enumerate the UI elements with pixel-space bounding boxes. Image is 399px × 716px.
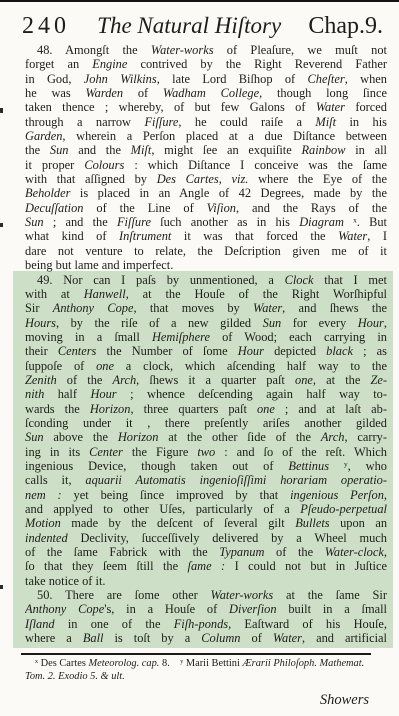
italic-text: Meteorolog. cap. <box>89 658 160 669</box>
roman-text: is toſt by a <box>103 631 201 645</box>
roman-text: , I <box>367 229 387 243</box>
italic-text: Decuſſation <box>25 201 84 215</box>
italic-text: Bettinus <box>288 459 329 473</box>
chapter-label: Chap.9. <box>308 13 383 40</box>
italic-text: Water-works <box>151 43 214 57</box>
roman-text: through a narrow <box>25 115 144 129</box>
italic-text: Hour <box>358 316 384 330</box>
text-line: of the ſame Fabrick with the Typanum of … <box>25 545 387 559</box>
italic-text: Beholder <box>25 186 70 200</box>
italic-text: Arch <box>113 373 137 387</box>
roman-text: that I met <box>314 273 387 287</box>
roman-text: , <box>384 488 387 502</box>
italic-text: Viſion <box>207 201 236 215</box>
italic-text: Water <box>253 301 282 315</box>
roman-text: where a <box>25 631 83 645</box>
roman-text: at the ſame Sir <box>273 588 387 602</box>
roman-text: in his <box>336 115 387 129</box>
italic-text: Garden <box>25 129 62 143</box>
roman-text: of the Line of <box>84 201 207 215</box>
italic-text: Sun <box>263 316 282 330</box>
text-line: ſconding under it , there preſently ariſ… <box>25 416 387 430</box>
text-line: wards the Horizon, three quarters paſt o… <box>25 402 387 416</box>
italic-text: Typanum <box>219 545 264 559</box>
footnotes: ˣ Des Cartes Meteorolog. cap. 8. ʸ Marii… <box>25 658 387 683</box>
text-line: ingenious Device, though taken out of Be… <box>25 459 387 473</box>
body-text: 48. Amongſt the Water-works of Pleaſure,… <box>25 43 387 648</box>
roman-text: he was <box>25 86 85 100</box>
roman-text: depicted <box>264 344 326 358</box>
footnote-line: ˣ Des Cartes Meteorolog. cap. 8. ʸ Marii… <box>25 658 387 670</box>
roman-text: is placed in an Angle of 42 Degrees, mad… <box>70 186 387 200</box>
italic-text: Center <box>89 445 123 459</box>
roman-text: calls it, <box>25 473 85 487</box>
italic-text: aquarii Automatis ingenioſiſſimi horaria… <box>85 473 387 487</box>
text-line: with at Hanwell, at the Houſe of the Rig… <box>25 287 387 301</box>
italic-text: Iſland <box>25 617 55 631</box>
text-line: Sun ; and the Fiſſure ſuch another as in… <box>25 215 387 229</box>
italic-text: Sun <box>25 215 44 229</box>
italic-text: Engine <box>92 57 127 71</box>
catchword: Showers <box>0 692 369 709</box>
roman-text: taken thence ; whereby, of but few Galon… <box>25 100 316 114</box>
roman-text: , though long ſince <box>259 86 387 100</box>
italic-text: Pſeudo-perpetual <box>300 502 387 516</box>
scan-top-edge-line <box>0 0 399 2</box>
text-line: Iſland in one of the Fiſh-ponds, Eaſtwar… <box>25 617 387 631</box>
text-line: Decuſſation of the Line of Viſion, and t… <box>25 201 387 215</box>
italic-text: Fiſh-ponds <box>174 617 228 631</box>
roman-text: in one of the <box>55 617 174 631</box>
roman-text: where the Eye of the <box>248 172 387 186</box>
italic-text: Ze- <box>370 373 387 387</box>
page-header: 240 The Natural Hiſtory Chap.9. <box>0 0 399 40</box>
roman-text: forced <box>345 100 387 114</box>
roman-text: ingenious Device, though taken out of <box>25 459 288 473</box>
italic-text: Ærarii Philoſoph. Mathemat. <box>242 658 364 669</box>
roman-text: ; whence deſcending again half way to- <box>117 387 387 401</box>
roman-text: , at the Houſe of the Right Worſhipful <box>126 287 387 301</box>
scan-artifact <box>0 585 3 589</box>
italic-text: Wadham College <box>163 86 259 100</box>
italic-text: Hemiſphere <box>152 330 210 344</box>
roman-text: ſuppoſe of <box>25 359 96 373</box>
italic-text: Water <box>316 100 345 114</box>
roman-text: and applyed to other Uſes, particularly … <box>25 502 300 516</box>
text-line: the Sun and the Miſt, might ſee an exqui… <box>25 143 387 157</box>
paragraph-49: 49. Nor can I paſs by unmentioned, a Clo… <box>13 271 393 589</box>
footnote-rule <box>21 653 371 655</box>
roman-text: , and artificial <box>302 631 387 645</box>
italic-text: Water-clock <box>325 545 384 559</box>
italic-text: ingenious Perſon <box>290 488 384 502</box>
running-title: The Natural Hiſtory <box>70 13 308 39</box>
roman-text: dare not venture to relate, the Deſcript… <box>25 244 387 258</box>
text-line: ſuppoſe of one a clock, which aſcending … <box>25 359 387 373</box>
roman-text: : and ſo of the reſt. Which <box>215 445 387 459</box>
italic-text: Clock <box>285 273 314 287</box>
book-page: 240 The Natural Hiſtory Chap.9. 48. Amon… <box>0 0 399 716</box>
roman-text: ; and the <box>44 215 117 229</box>
roman-text: , might ſee an exquiſite <box>151 143 301 157</box>
text-line: he was Warden of Wadham College, though … <box>25 86 387 100</box>
roman-text: , late Lord Biſhop of <box>157 72 308 86</box>
text-line: dare not venture to relate, the Deſcript… <box>25 244 387 258</box>
roman-text: of <box>123 86 163 100</box>
text-line: nem : yet being ſince improved by that i… <box>25 488 387 502</box>
roman-text: it was that forced the <box>171 229 338 243</box>
text-line: and applyed to other Uſes, particularly … <box>25 502 387 516</box>
text-line: Sun above the Horizon at the other ſide … <box>25 430 387 444</box>
roman-text: , when <box>345 72 387 86</box>
italic-text: Cheſter <box>308 72 345 86</box>
italic-text: Zenith <box>25 373 57 387</box>
roman-text: for every <box>281 316 358 330</box>
scan-artifact <box>0 108 3 113</box>
text-line: forget an Engine contrived by the Right … <box>25 57 387 71</box>
italic-text: viz. <box>232 172 249 186</box>
italic-text: Horizon <box>118 430 159 444</box>
roman-text: , <box>219 172 232 186</box>
italic-text: Miſt <box>131 143 152 157</box>
text-line: with that aſſigned by Des Cartes, viz. w… <box>25 172 387 186</box>
italic-text: one <box>96 359 114 373</box>
italic-text: Anthony Cope <box>25 602 104 616</box>
roman-text: of <box>240 631 272 645</box>
roman-text: 50. There are ſome other <box>37 588 211 602</box>
text-line: calls it, aquarii Automatis ingenioſiſſi… <box>25 473 387 487</box>
italic-text: one <box>257 402 275 416</box>
roman-text: 49. Nor can I paſs by unmentioned, a <box>37 273 285 287</box>
roman-text: , <box>384 316 387 330</box>
roman-text: it proper <box>25 158 84 172</box>
text-line: 49. Nor can I paſs by unmentioned, a Clo… <box>25 273 387 287</box>
roman-text: : which Diſtance I conceive was the ſame <box>124 158 387 172</box>
roman-text: forget an <box>25 57 92 71</box>
roman-text: of Wood; each carrying in <box>210 330 387 344</box>
roman-text: Declivity, ſucceſſively delivered by a W… <box>68 531 387 545</box>
roman-text: contrived by the Right Reverend Father <box>127 57 387 71</box>
roman-text: at the other ſide of the <box>158 430 320 444</box>
roman-text: upon an <box>330 516 387 530</box>
roman-text: above the <box>44 430 118 444</box>
text-line: Sir Anthony Cope, that moves by Water, a… <box>25 301 387 315</box>
roman-text: , at the <box>313 373 371 387</box>
italic-text: Diverſion <box>229 602 277 616</box>
roman-text: I could not but in Juſtice <box>225 559 387 573</box>
italic-text: Ball <box>83 631 104 645</box>
italic-text: Fiſſure <box>144 115 178 129</box>
roman-text: ; as <box>353 344 387 358</box>
roman-text: of the <box>57 373 113 387</box>
roman-text: of Pleaſure, we muſt not <box>214 43 387 57</box>
italic-text: Water <box>338 229 367 243</box>
roman-text: made by the deſcent of ſeveral gilt <box>61 516 295 530</box>
roman-text: of the <box>264 545 324 559</box>
roman-text: , <box>384 545 387 559</box>
roman-text: , and ſhews the <box>282 301 387 315</box>
italic-text: Hours <box>25 316 56 330</box>
italic-text: Inſtrument <box>119 229 171 243</box>
italic-text: Centers <box>58 344 97 358</box>
text-line: Anthony Cope's, in a Houſe of Diverſion … <box>25 602 387 616</box>
italic-text: two <box>197 445 215 459</box>
roman-text: ſo that they ſeem ſtill the <box>25 559 188 573</box>
roman-text: , wherein a Perſon placed at a due Diſta… <box>62 129 387 143</box>
italic-text: Column <box>201 631 240 645</box>
italic-text: Hour <box>90 387 116 401</box>
italic-text: indented <box>25 531 68 545</box>
roman-text: with that aſſigned by <box>25 172 157 186</box>
italic-text: Rainbow <box>301 143 345 157</box>
scan-artifact <box>0 223 3 227</box>
text-line: where a Ball is toſt by a Column of Wate… <box>25 631 387 645</box>
italic-text: Warden <box>85 86 123 100</box>
italic-text: Des Cartes <box>157 172 219 186</box>
roman-text: ˣ. But <box>344 215 387 229</box>
roman-text: ſconding under it , there preſently ariſ… <box>25 416 387 430</box>
roman-text: 48. Amongſt the <box>37 43 151 57</box>
roman-text: the Figure <box>123 445 197 459</box>
roman-text: half <box>44 387 90 401</box>
text-line: ing in its Center the Figure two : and ſ… <box>25 445 387 459</box>
roman-text: moving in a ſmall <box>25 330 152 344</box>
roman-text: ing in its <box>25 445 89 459</box>
italic-text: Sun <box>25 430 44 444</box>
roman-text: , carry- <box>344 430 387 444</box>
italic-text: nith <box>25 387 44 401</box>
roman-text: and the <box>68 143 130 157</box>
text-line: Beholder is placed in an Angle of 42 Deg… <box>25 186 387 200</box>
text-line: taken thence ; whereby, of but few Galon… <box>25 100 387 114</box>
roman-text: take notice of it. <box>25 574 106 588</box>
roman-text: a clock, which aſcending half way to the <box>114 359 387 373</box>
italic-text: Water <box>273 631 302 645</box>
italic-text: nem : <box>25 488 62 502</box>
roman-text: the <box>25 143 50 157</box>
text-line: ſo that they ſeem ſtill the ſame : I cou… <box>25 559 387 573</box>
italic-text: Diagram <box>299 215 344 229</box>
roman-text: in all <box>346 143 387 157</box>
text-line: through a narrow Fiſſure, he could raiſe… <box>25 115 387 129</box>
page-number: 240 <box>22 13 70 40</box>
italic-text: Water-works <box>211 588 274 602</box>
roman-text: ſuch another as in his <box>151 215 299 229</box>
italic-text: Tom. 2. Exodio 5. & ult. <box>25 671 125 682</box>
roman-text: what kind of <box>25 229 119 243</box>
text-line: Zenith of the Arch, ſhews it a quarter p… <box>25 373 387 387</box>
roman-text: Sir <box>25 301 53 315</box>
roman-text: in God, <box>25 72 84 86</box>
italic-text: one <box>295 373 313 387</box>
roman-text: ˣ Des Cartes <box>35 658 89 669</box>
roman-text: wards the <box>25 402 90 416</box>
roman-text: , that moves by <box>133 301 253 315</box>
italic-text: ſame : <box>188 559 226 573</box>
italic-text: Motion <box>25 516 61 530</box>
paragraph-50: 50. There are ſome other Water-works at … <box>13 588 393 648</box>
italic-text: black <box>326 344 353 358</box>
roman-text: , he could raiſe a <box>178 115 315 129</box>
text-line: it proper Colours : which Diſtance I con… <box>25 158 387 172</box>
paragraph-48: 48. Amongſt the Water-works of Pleaſure,… <box>25 43 387 273</box>
italic-text: John Wilkins <box>84 72 157 86</box>
text-line: what kind of Inſtrument it was that forc… <box>25 229 387 243</box>
roman-text: their <box>25 344 58 358</box>
text-line: nith half Hour ; whence deſcending again… <box>25 387 387 401</box>
italic-text: Hour <box>238 344 264 358</box>
text-line: moving in a ſmall Hemiſphere of Wood; ea… <box>25 330 387 344</box>
roman-text: being but lame and imperfect. <box>25 258 173 272</box>
roman-text: , ſhews it a quarter paſt <box>136 373 295 387</box>
roman-text: 's, in a Houſe of <box>104 602 229 616</box>
text-line: Motion made by the deſcent of ſeveral gi… <box>25 516 387 530</box>
text-line: 50. There are ſome other Water-works at … <box>25 588 387 602</box>
footnote-line: Tom. 2. Exodio 5. & ult. <box>25 671 387 683</box>
italic-text: Bullets <box>295 516 329 530</box>
italic-text: Hanwell <box>84 287 126 301</box>
text-line: 48. Amongſt the Water-works of Pleaſure,… <box>25 43 387 57</box>
roman-text: the Number of ſome <box>96 344 237 358</box>
text-line: Hours, by the riſe of a new gilded Sun f… <box>25 316 387 330</box>
italic-text: Fiſſure <box>117 215 151 229</box>
italic-text: Sun <box>50 143 69 157</box>
roman-text: built in a ſmall <box>277 602 387 616</box>
roman-text: , Eaſtward of his Houſe, <box>228 617 387 631</box>
roman-text: of the ſame Fabrick with the <box>25 545 219 559</box>
roman-text: with at <box>25 287 84 301</box>
text-line: take notice of it. <box>25 574 387 588</box>
roman-text: 8. ʸ Marii Bettini <box>159 658 242 669</box>
roman-text: ; and at laſt ab- <box>275 402 387 416</box>
roman-text: , and the Rays of the <box>236 201 387 215</box>
italic-text: Arch <box>321 430 345 444</box>
roman-text: yet being ſince improved by that <box>62 488 290 502</box>
text-line: Garden, wherein a Perſon placed at a due… <box>25 129 387 143</box>
roman-text: , three quarters paſt <box>130 402 257 416</box>
italic-text: Horizon <box>90 402 131 416</box>
roman-text: , by the riſe of a new gilded <box>56 316 263 330</box>
italic-text: Miſt <box>315 115 336 129</box>
text-line: in God, John Wilkins, late Lord Biſhop o… <box>25 72 387 86</box>
text-line: indented Declivity, ſucceſſively deliver… <box>25 531 387 545</box>
text-line: their Centers the Number of ſome Hour de… <box>25 344 387 358</box>
italic-text: Anthony Cope <box>53 301 134 315</box>
italic-text: Colours <box>84 158 124 172</box>
roman-text: ʸ, who <box>329 459 387 473</box>
